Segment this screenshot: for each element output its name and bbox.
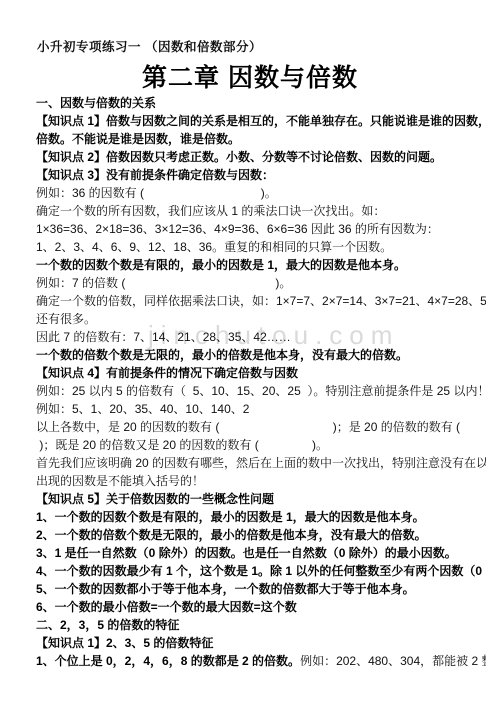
text-line: 因此 7 的倍数有：7、14、21、28、35、42…… [36, 328, 486, 346]
text-segment: 1×36=36、2×18=36、3×12=36、4×9=36、6×6=36 因此… [36, 222, 439, 236]
text-line: 出现的因数是不能填入括号的！ [36, 472, 486, 490]
text-segment: )；既是 20 的倍数又是 20 的因数的数有 ( )。 [36, 438, 328, 452]
text-line: 【知识点 2】倍数因数只考虑正数。小数、分数等不讨论倍数、因数的问题。 [36, 148, 486, 166]
text-segment: 还有很多。 [36, 312, 96, 326]
text-line: 首先我们应该明确 20 的因数有哪些，然后在上面的数中一次找出，特别注意没有在以… [36, 454, 486, 472]
text-segment: 出现的因数是不能填入括号的！ [36, 474, 204, 488]
text-line: 【知识点 1】倍数与因数之间的关系是相互的，不能单独存在。只能说谁是谁的因数，谁… [36, 112, 486, 130]
text-segment: 3、1 是任一自然数（0 除外）的因数。也是任一自然数（0 除外）的最小因数。 [36, 546, 457, 560]
text-line: 以上各数中，是 20 的因数的数有 ( )；是 20 的倍数的数有 ( [36, 418, 486, 436]
text-line: 例如：5、1、20、35、40、10、140、2 [36, 400, 486, 418]
text-segment: 1、个位上是 0，2，4，6，8 的数都是 2 的倍数。 [36, 654, 300, 668]
text-line: 1、2、3、4、6、9、12、18、36。重复的和相同的只算一个因数。 [36, 238, 486, 256]
text-line: 二、2，3，5 的倍数的特征 [36, 616, 486, 634]
text-segment: 6、一个数的最小倍数=一个数的最大因数=这个数 [36, 600, 297, 614]
text-segment: 4、一个数的因数最少有 1 个，这个数是 1。除 1 以外的任何整数至少有两个因… [36, 564, 486, 578]
text-segment: 首先我们应该明确 20 的因数有哪些，然后在上面的数中一次找出，特别注意没有在以… [36, 456, 486, 470]
text-segment: 5、一个数的因数都小于等于他本身，一个数的倍数都大于等于他本身。 [36, 582, 415, 596]
text-line: 6、一个数的最小倍数=一个数的最大因数=这个数 [36, 598, 486, 616]
text-line: 3、1 是任一自然数（0 除外）的因数。也是任一自然数（0 除外）的最小因数。 [36, 544, 486, 562]
text-segment: 二、2，3，5 的倍数的特征 [36, 618, 179, 632]
text-segment: 【知识点 2】倍数因数只考虑正数。小数、分数等不讨论倍数、因数的问题。 [36, 150, 442, 164]
text-segment: 例如：202、480、304，都能被 2 整除。 [300, 654, 486, 668]
text-line: 【知识点 4】有前提条件的情况下确定倍数与因数 [36, 364, 486, 382]
text-line: 例如：36 的因数有 ( )。 [36, 184, 486, 202]
text-segment: 一个数的因数个数是有限的，最小的因数是 1，最大的因数是他本身。 [36, 258, 406, 272]
text-segment: 【知识点 3】没有前提条件确定倍数与因数： [36, 168, 274, 182]
text-line: 【知识点 3】没有前提条件确定倍数与因数： [36, 166, 486, 184]
text-line: 例如：25 以内 5 的倍数有（ 5、10、15、20、25 ）。特别注意前提条… [36, 382, 486, 400]
text-segment: 因此 7 的倍数有：7、14、21、28、35、42…… [36, 330, 291, 344]
text-line: 还有很多。 [36, 310, 486, 328]
document-subtitle: 小升初专项练习一 （因数和倍数部分） [37, 37, 262, 55]
text-segment: 一、因数与倍数的关系 [36, 96, 156, 110]
text-line: 一、因数与倍数的关系 [36, 94, 486, 112]
text-line: 一个数的倍数个数是无限的，最小的倍数是他本身，没有最大的倍数。 [36, 346, 486, 364]
text-line: 【知识点 1】2、3、5 的倍数特征 [36, 634, 486, 652]
text-segment: 一个数的倍数个数是无限的，最小的倍数是他本身，没有最大的倍数。 [36, 348, 408, 362]
text-segment: 确定一个数的所有因数，我们应该从 1 的乘法口诀一次找出。如： [36, 204, 385, 218]
text-line: 5、一个数的因数都小于等于他本身，一个数的倍数都大于等于他本身。 [36, 580, 486, 598]
text-line: 1×36=36、2×18=36、3×12=36、4×9=36、6×6=36 因此… [36, 220, 486, 238]
document-body: 一、因数与倍数的关系【知识点 1】倍数与因数之间的关系是相互的，不能单独存在。只… [36, 94, 486, 670]
text-segment: 例如：5、1、20、35、40、10、140、2 [36, 402, 249, 416]
text-segment: 2、一个数的倍数个数是无限的，最小的倍数是他本身，没有最大的倍数。 [36, 528, 427, 542]
text-line: 4、一个数的因数最少有 1 个，这个数是 1。除 1 以外的任何整数至少有两个因… [36, 562, 486, 580]
text-line: 确定一个数的倍数，同样依据乘法口诀，如：1×7=7、2×7=14、3×7=21、… [36, 292, 486, 310]
text-segment: 【知识点 5】关于倍数因数的一些概念性问题 [36, 492, 274, 506]
text-segment: 1、2、3、4、6、9、12、18、36。重复的和相同的只算一个因数。 [36, 240, 392, 254]
text-line: 一个数的因数个数是有限的，最小的因数是 1，最大的因数是他本身。 [36, 256, 486, 274]
text-segment: 以上各数中，是 20 的因数的数有 ( )；是 20 的倍数的数有 ( [36, 420, 460, 434]
text-line: )；既是 20 的倍数又是 20 的因数的数有 ( )。 [36, 436, 486, 454]
text-segment: 确定一个数的倍数，同样依据乘法口诀，如：1×7=7、2×7=14、3×7=21、… [36, 294, 486, 308]
text-segment: 【知识点 4】有前提条件的情况下确定倍数与因数 [36, 366, 298, 380]
document-page: jinchutou.com 小升初专项练习一 （因数和倍数部分） 第二章 因数与… [0, 0, 500, 708]
text-line: 确定一个数的所有因数，我们应该从 1 的乘法口诀一次找出。如： [36, 202, 486, 220]
text-segment: 倍数。不能说是谁是因数，谁是倍数。 [36, 132, 240, 146]
page-title: 第二章 因数与倍数 [0, 58, 500, 94]
text-segment: 例如：25 以内 5 的倍数有（ 5、10、15、20、25 ）。特别注意前提条… [36, 384, 486, 398]
text-line: 1、一个数的因数个数是有限的，最小的因数是 1，最大的因数是他本身。 [36, 508, 486, 526]
text-segment: 【知识点 1】倍数与因数之间的关系是相互的，不能单独存在。只能说谁是谁的因数，谁… [36, 114, 486, 128]
text-segment: 1、一个数的因数个数是有限的，最小的因数是 1，最大的因数是他本身。 [36, 510, 425, 524]
text-segment: 例如：36 的因数有 ( )。 [36, 186, 277, 200]
text-line: 2、一个数的倍数个数是无限的，最小的倍数是他本身，没有最大的倍数。 [36, 526, 486, 544]
text-segment: 例如：7 的倍数 ( )。 [36, 276, 291, 290]
text-line: 倍数。不能说是谁是因数，谁是倍数。 [36, 130, 486, 148]
text-line: 1、个位上是 0，2，4，6，8 的数都是 2 的倍数。例如：202、480、3… [36, 652, 486, 670]
text-line: 【知识点 5】关于倍数因数的一些概念性问题 [36, 490, 486, 508]
text-line: 例如：7 的倍数 ( )。 [36, 274, 486, 292]
text-segment: 【知识点 1】2、3、5 的倍数特征 [36, 636, 213, 650]
